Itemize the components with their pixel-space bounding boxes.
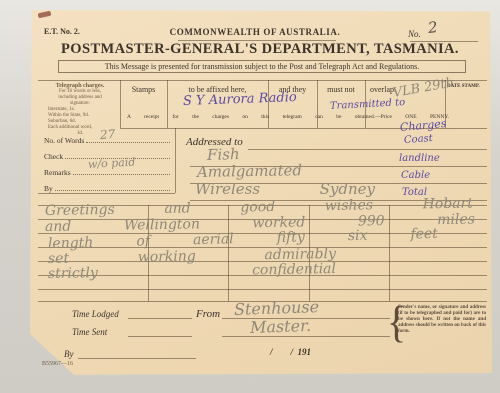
landline-annotation: landline: [399, 153, 440, 164]
department-title: POSTMASTER-GENERAL'S DEPARTMENT, TASMANI…: [40, 41, 480, 58]
from-rule-2: [222, 336, 390, 337]
cable-annotation: Cable: [401, 170, 430, 181]
from-value-2: Master.: [250, 316, 312, 337]
notice-line: This Message is presented for transmissi…: [58, 60, 466, 73]
address-line-2: Amalgamated: [197, 161, 302, 181]
no-label: No.: [408, 29, 421, 39]
coast-annotation: Coast: [404, 133, 433, 146]
remarks-value: w/o paid: [88, 156, 136, 171]
scanned-telegram-form: E.T. No. 2. COMMONWEALTH OF AUSTRALIA. N…: [0, 0, 500, 393]
dotted-leader: [55, 189, 170, 191]
printer-imprint: B55967—16: [42, 361, 73, 367]
time-sent-rule: [128, 336, 192, 337]
details-box-right: [175, 128, 176, 193]
words-value: 27: [100, 127, 116, 142]
page-title: COMMONWEALTH OF AUSTRALIA.: [145, 27, 365, 37]
by-label-footer: By: [64, 349, 74, 359]
dotted-leader: [86, 141, 170, 143]
no-value-handwritten: 2: [427, 18, 438, 37]
time-lodged-rule: [128, 318, 192, 319]
remarks-label: Remarks: [44, 168, 71, 177]
check-label: Check: [44, 152, 63, 161]
time-sent-label: Time Sent: [72, 327, 107, 337]
stamps-cell: must not: [317, 85, 365, 94]
from-label: From: [196, 308, 220, 320]
date-line: / / 191: [270, 347, 311, 357]
address-line-3: Wireless Sydney: [195, 180, 375, 198]
by-label: By: [44, 184, 53, 193]
sender-note: Sender's name, or signature and address …: [398, 305, 486, 335]
stamps-cell: Stamps: [120, 85, 167, 94]
time-lodged-label: Time Lodged: [72, 309, 119, 319]
address-line-1: Fish: [207, 145, 240, 164]
details-box-bottom: [38, 193, 175, 194]
dotted-leader: [73, 173, 170, 175]
form-number: E.T. No. 2.: [44, 27, 80, 36]
words-label: No. of Words: [44, 136, 84, 145]
address-rule: [248, 149, 487, 150]
grid-rule: [38, 289, 487, 290]
by-rule: [78, 358, 196, 359]
